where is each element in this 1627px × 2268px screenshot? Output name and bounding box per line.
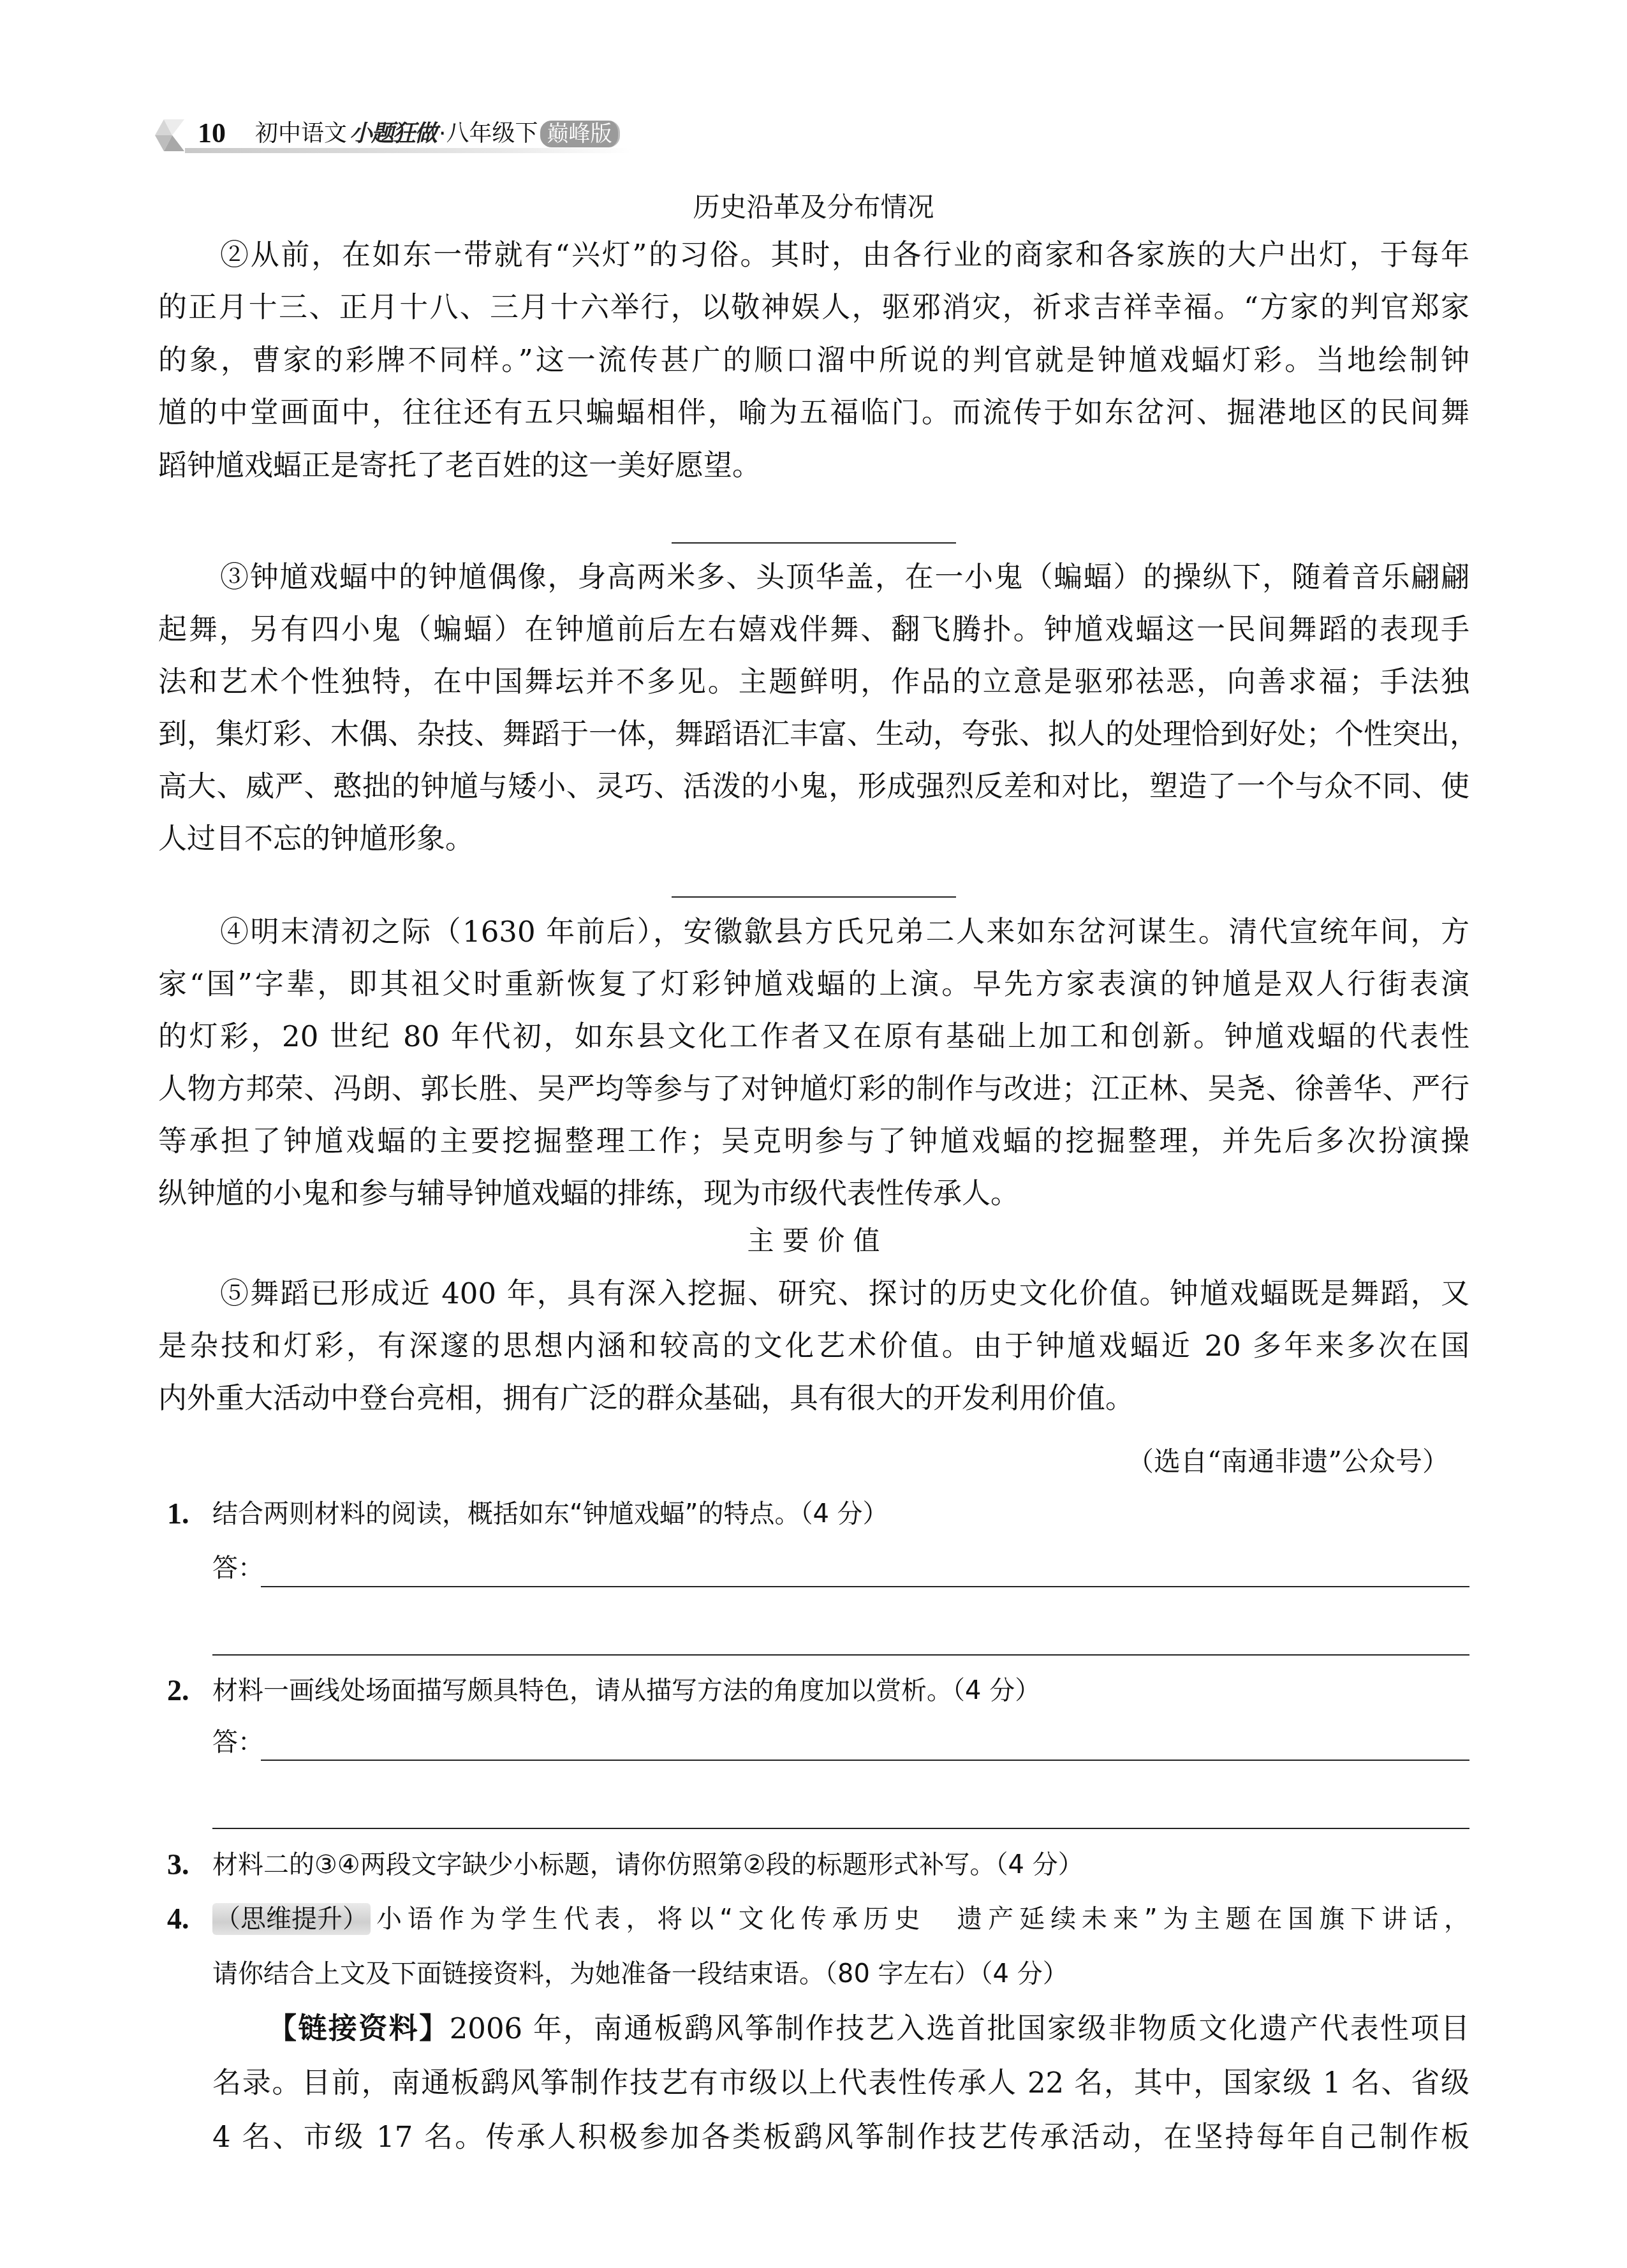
link-material-line-3: 4 名、市级 17 名。传承人积极参加各类板鹞风筝制作技艺传承活动，在坚持每年自… [212,2121,1469,2153]
triangle-logo-icon [155,118,187,152]
link-material-line-1: 【链接资料】2006 年，南通板鹞风筝制作技艺入选首批国家级非物质文化遗产代表性… [268,2013,1469,2045]
question-3-text: 材料二的③④两段文字缺少小标题，请你仿照第②段的标题形式补写。（4 分） [212,1849,1469,1881]
para3-line: 法和艺术个性独特，在中国舞坛并不多见。主题鲜明，作品的立意是驱邪祛恶，向善求福；… [158,666,1469,698]
question-4-prompt: 小语作为学生代表，将以“文化传承历史 遗产延续未来”为主题在国旗下讲话， [371,1904,1469,1934]
link-material-label: 【链接资料】 [268,2012,450,2045]
question-3-number: 3. [167,1849,189,1881]
question-2-answer-line[interactable] [261,1760,1469,1761]
para2-line: 馗的中堂画面中，往往还有五只蝙蝠相伴，喻为五福临门。而流传于如东岔河、掘港地区的… [158,397,1469,429]
section-heading-history: 历史沿革及分布情况 [0,191,1627,223]
title-suffix: ·八年级下 [439,121,538,147]
para4-line: 等承担了钟馗戏蝠的主要挖掘整理工作；吴克明参与了钟馗戏蝠的挖掘整理，并先后多次扮… [158,1125,1469,1157]
source-attribution: （选自“南通非遗”公众号） [1127,1446,1449,1478]
para4-line: 人物方邦荣、冯朗、郭长胜、吴严均等参与了对钟馗灯彩的制作与改进；江正林、吴尧、徐… [158,1073,1469,1105]
edition-badge: 巅峰版 [540,121,620,147]
link-material-line-2: 名录。目前，南通板鹞风筝制作技艺有市级以上代表性传承人 22 名，其中，国家级 … [212,2067,1469,2099]
para2-line: ②从前，在如东一带就有“兴灯”的习俗。其时，由各行业的商家和各家族的大户出灯，于… [220,239,1469,271]
para5-line: ⑤舞蹈已形成近 400 年，具有深入挖掘、研究、探讨的历史文化价值。钟馗戏蝠既是… [220,1278,1469,1310]
question-2-number: 2. [167,1675,189,1707]
thinking-boost-tag: （思维提升） [212,1903,371,1935]
para3-line: 到，集灯彩、木偶、杂技、舞蹈于一体，舞蹈语汇丰富、生动，夸张、拟人的处理恰到好处… [158,718,1469,750]
page-number: 10 [198,117,226,149]
link-material-text: 2006 年，南通板鹞风筝制作技艺入选首批国家级非物质文化遗产代表性项目 [450,2012,1469,2045]
para3-line: 人过目不忘的钟馗形象。 [158,823,1469,855]
header-rule [185,148,631,153]
section-heading-value: 主 要 价 值 [0,1225,1627,1257]
para3-line: ③钟馗戏蝠中的钟馗偶像，身高两米多、头顶华盖，在一小鬼（蝙蝠）的操纵下，随着音乐… [220,561,1469,593]
question-2-answer-line[interactable] [212,1828,1469,1829]
question-1-answer-line[interactable] [212,1654,1469,1656]
para4-line: 家“国”字辈，即其祖父时重新恢复了灯彩钟馗戏蝠的上演。早先方家表演的钟馗是双人行… [158,968,1469,1000]
para5-line: 内外重大活动中登台亮相，拥有广泛的群众基础，具有很大的开发利用价值。 [158,1382,1469,1414]
question-4-text-line-1: （思维提升）小语作为学生代表，将以“文化传承历史 遗产延续未来”为主题在国旗下讲… [212,1903,1469,1935]
title-prefix: 初中语文 [255,121,347,147]
para3-line: 起舞，另有四小鬼（蝙蝠）在钟馗前后左右嬉戏伴舞、翻飞腾扑。钟馗戏蝠这一民间舞蹈的… [158,614,1469,646]
question-2-text: 材料一画线处场面描写颇具特色，请从描写方法的角度加以赏析。（4 分） [212,1675,1469,1707]
question-1-text: 结合两则材料的阅读，概括如东“钟馗戏蝠”的特点。（4 分） [212,1498,1469,1530]
para2-line: 蹈钟馗戏蝠正是寄托了老百姓的这一美好愿望。 [158,450,1469,482]
question-4-number: 4. [167,1903,189,1935]
para3-line: 高大、威严、憨拙的钟馗与矮小、灵巧、活泼的小鬼，形成强烈反差和对比，塑造了一个与… [158,771,1469,803]
missing-heading-blank-3 [672,542,956,544]
para5-line: 是杂技和灯彩，有深邃的思想内涵和较高的文化艺术价值。由于钟馗戏蝠近 20 多年来… [158,1330,1469,1362]
para4-line: 纵钟馗的小鬼和参与辅导钟馗戏蝠的排练，现为市级代表性传承人。 [158,1178,1469,1210]
question-1-number: 1. [167,1498,189,1530]
missing-heading-blank-4 [672,896,956,898]
para4-line: ④明末清初之际（1630 年前后），安徽歙县方氏兄弟二人来如东岔河谋生。清代宣统… [220,916,1469,948]
question-4-text-line-2: 请你结合上文及下面链接资料，为她准备一段结束语。（80 字左右）（4 分） [212,1958,1469,1990]
question-2-answer-label: 答： [212,1726,263,1758]
book-title: 初中语文小题狂做·八年级下巅峰版 [255,119,620,149]
para4-line: 的灯彩，20 世纪 80 年代初，如东县文化工作者又在原有基础上加工和创新。钟馗… [158,1021,1469,1053]
question-1-answer-label: 答： [212,1552,263,1584]
para2-line: 的象，曹家的彩牌不同样。”这一流传甚广的顺口溜中所说的判官就是钟馗戏蝠灯彩。当地… [158,345,1469,376]
brand-logo: 小题狂做 [350,119,436,148]
question-1-answer-line[interactable] [261,1586,1469,1587]
para2-line: 的正月十三、正月十八、三月十六举行，以敬神娱人，驱邪消灾，祈求吉祥幸福。“方家的… [158,292,1469,323]
